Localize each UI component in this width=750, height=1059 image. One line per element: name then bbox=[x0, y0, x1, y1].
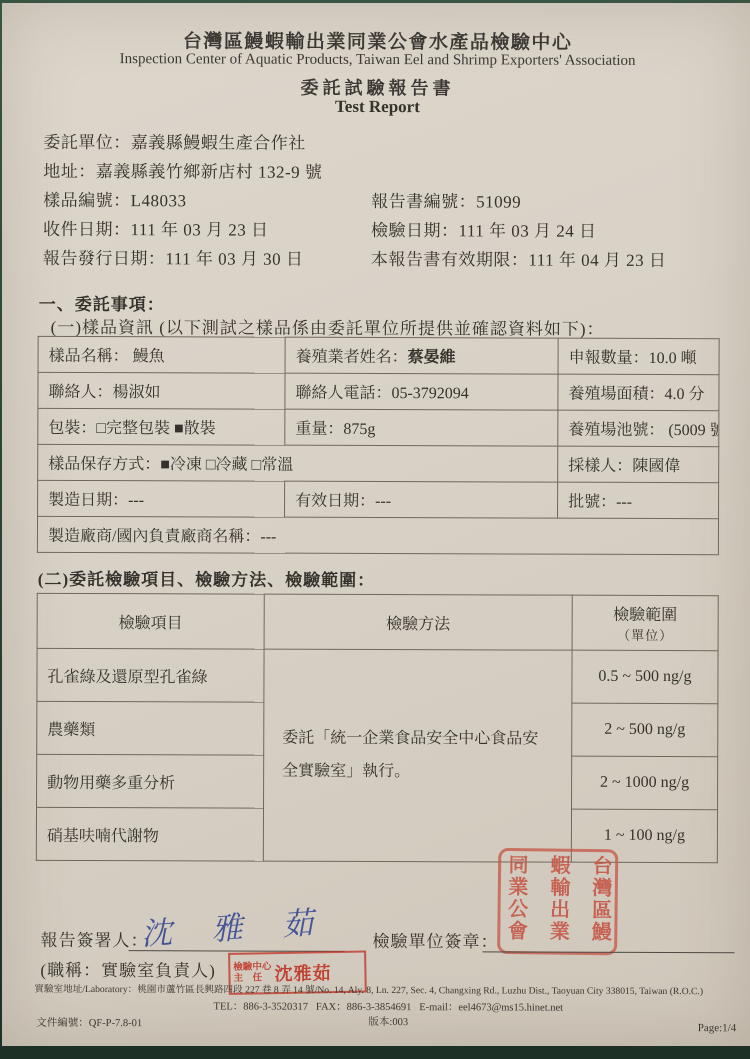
field-report-no: 報告書編號：51099 bbox=[371, 187, 521, 213]
signer-title: (職稱：實驗室負責人) bbox=[40, 956, 215, 982]
table-header-row: 檢驗項目 檢驗方法 檢驗範圍 （單位） bbox=[37, 593, 718, 650]
tel: TEL：886-3-3520317 bbox=[214, 1001, 309, 1012]
stamp-title-line1: 檢驗中心 bbox=[233, 962, 271, 973]
label: 養殖場池號： bbox=[568, 422, 664, 439]
range-title: 檢驗範圍 bbox=[575, 602, 716, 625]
cell-expiry-date: 有效日期：--- bbox=[285, 481, 558, 518]
col-header-item: 檢驗項目 bbox=[37, 593, 264, 649]
cell-sampler: 採樣人：陳國偉 bbox=[558, 446, 719, 483]
value: 鰻魚 bbox=[129, 348, 165, 365]
cell-sample-name: 樣品名稱： 鰻魚 bbox=[38, 336, 285, 373]
value: 05-3792094 bbox=[391, 385, 468, 402]
cell-batch-no: 批號：--- bbox=[558, 482, 719, 519]
test-method: 委託「統一企業食品安全中心食品安全實驗室」執行。 bbox=[263, 649, 572, 862]
label: 養殖場面積： bbox=[568, 386, 664, 403]
test-item-range: 0.5 ~ 500 ng/g bbox=[572, 650, 718, 704]
field-client-value: 嘉義縣鰻蝦生產合作社 bbox=[131, 133, 306, 153]
field-received-date-value: 111 年 03 月 23 日 bbox=[130, 220, 268, 239]
field-client: 委託單位：嘉義縣鰻蝦生產合作社 bbox=[43, 128, 306, 154]
field-address-label: 地址： bbox=[43, 162, 96, 181]
field-address-value: 嘉義縣義竹鄉新店村 132-9 號 bbox=[96, 162, 323, 182]
label: 採樣人： bbox=[568, 458, 632, 475]
value: --- bbox=[128, 492, 144, 509]
value: (5009 號池) bbox=[664, 422, 719, 439]
test-item-range: 2 ~ 1000 ng/g bbox=[572, 756, 718, 810]
value: 蔡晏維 bbox=[408, 349, 456, 366]
doc-meta-line: 文件編號：QF-P-7.8-01 版本:003 Page:1/4 bbox=[36, 1013, 740, 1041]
lab-address: 實驗室地址/Laboratory：桃園市蘆竹區長興路四段 227 巷 8 弄 1… bbox=[34, 981, 746, 997]
report-content: 台灣區鰻蝦輸出業同業公會水產品檢驗中心 Inspection Center of… bbox=[0, 2, 750, 1048]
sample-info-table: 樣品名稱： 鰻魚 養殖業者姓名：蔡晏維 申報數量：10.0 噸 聯絡人：楊淑如 … bbox=[37, 336, 720, 555]
label: 製造廠商/國內負責廠商名稱： bbox=[48, 528, 261, 546]
label: 聯絡人電話： bbox=[295, 385, 391, 402]
cell-pond-no: 養殖場池號： (5009 號池) bbox=[558, 410, 719, 447]
cell-farm-area: 養殖場面積：4.0 分 bbox=[558, 374, 719, 411]
field-valid-until: 本報告書有效期限：111 年 04 月 23 日 bbox=[371, 245, 667, 271]
cell-manufacturer: 製造廠商/國內負責廠商名稱：--- bbox=[37, 516, 718, 554]
storage-checkboxes: ■冷凍 □冷藏 □常溫 bbox=[160, 456, 293, 473]
label: 重量： bbox=[295, 421, 343, 438]
col-header-range: 檢驗範圍 （單位） bbox=[572, 595, 718, 651]
field-report-no-label: 報告書編號： bbox=[371, 192, 476, 211]
value: --- bbox=[616, 494, 632, 511]
field-issue-date: 報告發行日期：111 年 03 月 30 日 bbox=[43, 244, 304, 270]
table-row: 孔雀綠及還原型孔雀綠 委託「統一企業食品安全中心食品安全實驗室」執行。 0.5 … bbox=[37, 648, 718, 703]
field-issue-date-value: 111 年 03 月 30 日 bbox=[165, 249, 303, 268]
org-title-en: Inspection Center of Aquatic Products, T… bbox=[4, 51, 750, 71]
value: 875g bbox=[343, 421, 375, 438]
value: 4.0 分 bbox=[664, 386, 704, 403]
label: 製造日期： bbox=[48, 492, 128, 509]
cell-storage: 樣品保存方式：■冷凍 □冷藏 □常溫 bbox=[38, 444, 558, 482]
doc-version: 版本:003 bbox=[368, 1014, 408, 1029]
field-test-date: 檢驗日期：111 年 03 月 24 日 bbox=[371, 216, 597, 242]
field-valid-until-value: 111 年 04 月 23 日 bbox=[528, 251, 666, 270]
section1-heading: 一、委託事項： bbox=[39, 290, 165, 315]
value: --- bbox=[260, 529, 276, 546]
packaging-checkboxes: □完整包裝 ■散裝 bbox=[96, 420, 215, 437]
value: --- bbox=[375, 493, 391, 510]
field-test-date-label: 檢驗日期： bbox=[371, 221, 459, 240]
field-test-date-value: 111 年 03 月 24 日 bbox=[458, 221, 596, 240]
section2-heading: (二)委託檢驗項目、檢驗方法、檢驗範圍： bbox=[38, 565, 375, 591]
field-received-date-label: 收件日期： bbox=[43, 220, 131, 239]
test-item-name: 農藥類 bbox=[37, 701, 264, 755]
label: 有效日期： bbox=[295, 493, 375, 510]
table-row: 聯絡人：楊淑如 聯絡人電話：05-3792094 養殖場面積：4.0 分 bbox=[38, 372, 719, 410]
field-received-date: 收件日期：111 年 03 月 23 日 bbox=[43, 215, 269, 241]
label: 聯絡人： bbox=[48, 384, 112, 401]
test-item-name: 孔雀綠及還原型孔雀綠 bbox=[37, 648, 264, 702]
range-unit: （單位） bbox=[575, 625, 716, 644]
test-item-name: 硝基呋喃代謝物 bbox=[36, 807, 263, 861]
field-report-no-value: 51099 bbox=[476, 192, 521, 211]
report-paper: 台灣區鰻蝦輸出業同業公會水產品檢驗中心 Inspection Center of… bbox=[2, 3, 750, 1046]
field-sample-no: 樣品編號：L48033 bbox=[43, 186, 186, 212]
unit-seal-line bbox=[483, 931, 735, 953]
label: 申報數量： bbox=[569, 350, 649, 367]
label: 樣品名稱： bbox=[49, 348, 129, 365]
cell-farmer: 養殖業者姓名：蔡晏維 bbox=[285, 337, 558, 374]
label: 包裝： bbox=[48, 420, 96, 437]
cell-packaging: 包裝：□完整包裝 ■散裝 bbox=[38, 408, 285, 445]
table-row: 製造日期：--- 有效日期：--- 批號：--- bbox=[38, 480, 719, 518]
label: 養殖業者姓名： bbox=[296, 349, 408, 366]
field-address: 地址：嘉義縣義竹鄉新店村 132-9 號 bbox=[43, 157, 322, 183]
page-number: Page:1/4 bbox=[698, 1022, 737, 1034]
test-item-name: 動物用藥多重分析 bbox=[37, 754, 264, 808]
fax: FAX：886-3-3854691 bbox=[316, 1002, 412, 1013]
table-row: 包裝：□完整包裝 ■散裝 重量：875g 養殖場池號： (5009 號池) bbox=[38, 408, 719, 446]
cell-mfg-date: 製造日期：--- bbox=[38, 480, 285, 517]
field-client-label: 委託單位： bbox=[43, 133, 131, 152]
value: 楊淑如 bbox=[112, 384, 160, 401]
email: E-mail：eel4673@ms15.hinet.net bbox=[419, 1002, 563, 1014]
label: 批號： bbox=[568, 494, 616, 511]
test-item-range: 2 ~ 500 ng/g bbox=[572, 703, 718, 757]
value: 10.0 噸 bbox=[649, 350, 697, 367]
report-title-en: Test Report bbox=[3, 96, 750, 119]
cell-contact-phone: 聯絡人電話：05-3792094 bbox=[285, 373, 558, 410]
field-sample-no-label: 樣品編號： bbox=[43, 191, 131, 210]
table-row: 製造廠商/國內負責廠商名稱：--- bbox=[37, 516, 718, 554]
table-row: 樣品名稱： 鰻魚 養殖業者姓名：蔡晏維 申報數量：10.0 噸 bbox=[38, 336, 719, 374]
test-items-table: 檢驗項目 檢驗方法 檢驗範圍 （單位） 孔雀綠及還原型孔雀綠 委託「統一企業食品… bbox=[36, 593, 719, 863]
col-header-method: 檢驗方法 bbox=[264, 594, 572, 650]
cell-declared-qty: 申報數量：10.0 噸 bbox=[558, 338, 719, 375]
label: 樣品保存方式： bbox=[48, 456, 160, 473]
field-sample-no-value: L48033 bbox=[131, 191, 187, 210]
cell-contact: 聯絡人：楊淑如 bbox=[38, 372, 285, 409]
unit-seal-label: 檢驗單位簽章： bbox=[373, 927, 499, 952]
field-issue-date-label: 報告發行日期： bbox=[43, 249, 166, 268]
field-valid-until-label: 本報告書有效期限： bbox=[371, 250, 529, 270]
doc-number: 文件編號：QF-P-7.8-01 bbox=[36, 1015, 142, 1030]
table-row: 樣品保存方式：■冷凍 □冷藏 □常溫 採樣人：陳國偉 bbox=[38, 444, 719, 482]
cell-weight: 重量：875g bbox=[285, 409, 558, 446]
value: 陳國偉 bbox=[632, 458, 680, 475]
